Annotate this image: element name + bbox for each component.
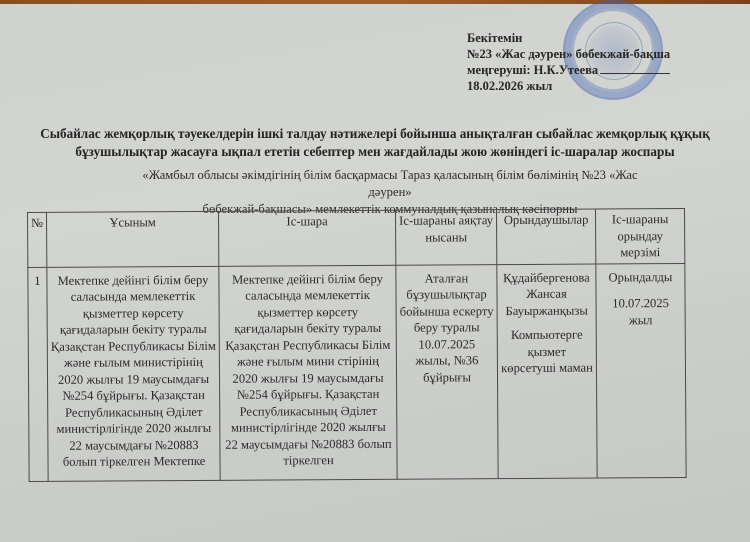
deadline-date: 10.07.2025 жыл [600,295,682,329]
signature-line [600,63,670,74]
title-line-2: бұзушылықтар жасауға ықпал ететін себепт… [20,143,730,161]
action-plan-table: № Ұсыным Іс-шара Іс-шараны аяқтау нысаны… [27,208,687,482]
header-deadline: Іс-шараны орындау мерзімі [596,208,685,263]
title-line-1: Сыбайлас жемқорлық тәуекелдерін ішкі тал… [20,125,730,143]
header-action: Іс-шара [219,210,396,266]
table-row: 1 Мектепке дейінгі білім беру саласында … [28,263,686,481]
table-header-row: № Ұсыным Іс-шара Іс-шараны аяқтау нысаны… [28,208,685,267]
subtitle-line-1: «Жамбыл облысы әкімдігінің білім басқарм… [130,167,650,201]
approval-date: 18.02.2026 жыл [467,78,670,94]
cell-action: Мектепке дейінгі білім беру саласында ме… [219,265,397,480]
approval-manager: меңгеруші: Н.К.Утеева [467,62,670,78]
approval-organization: №23 «Жас дәурен» бөбекжай-бақша [467,46,670,62]
approval-block: Бекітемін №23 «Жас дәурен» бөбекжай-бақш… [467,30,670,94]
header-num: № [28,212,47,267]
cell-completion-form: Аталған бұзушылықтар бойынша ескерту бер… [396,264,498,479]
approval-label: Бекітемін [467,30,670,46]
cell-executors: Құдайбергенова Жансая Бауыржанқызы Компь… [497,264,597,479]
header-executors: Орындаушылар [497,209,596,264]
header-completion-form: Іс-шараны аяқтау нысаны [396,210,497,265]
status-text: Орындалды [599,269,681,286]
cell-recommendation: Мектепке дейінгі білім беру саласында ме… [47,266,220,481]
cell-num: 1 [28,267,48,481]
executor-name: Құдайбергенова Жансая Бауыржанқызы [500,269,592,319]
header-recommendation: Ұсыным [47,211,219,267]
document-title: Сыбайлас жемқорлық тәуекелдерін ішкі тал… [20,125,730,161]
executor-role: Компьютерге қызмет көрсетуші маман [501,327,593,377]
cell-deadline: Орындалды 10.07.2025 жыл [596,263,686,478]
